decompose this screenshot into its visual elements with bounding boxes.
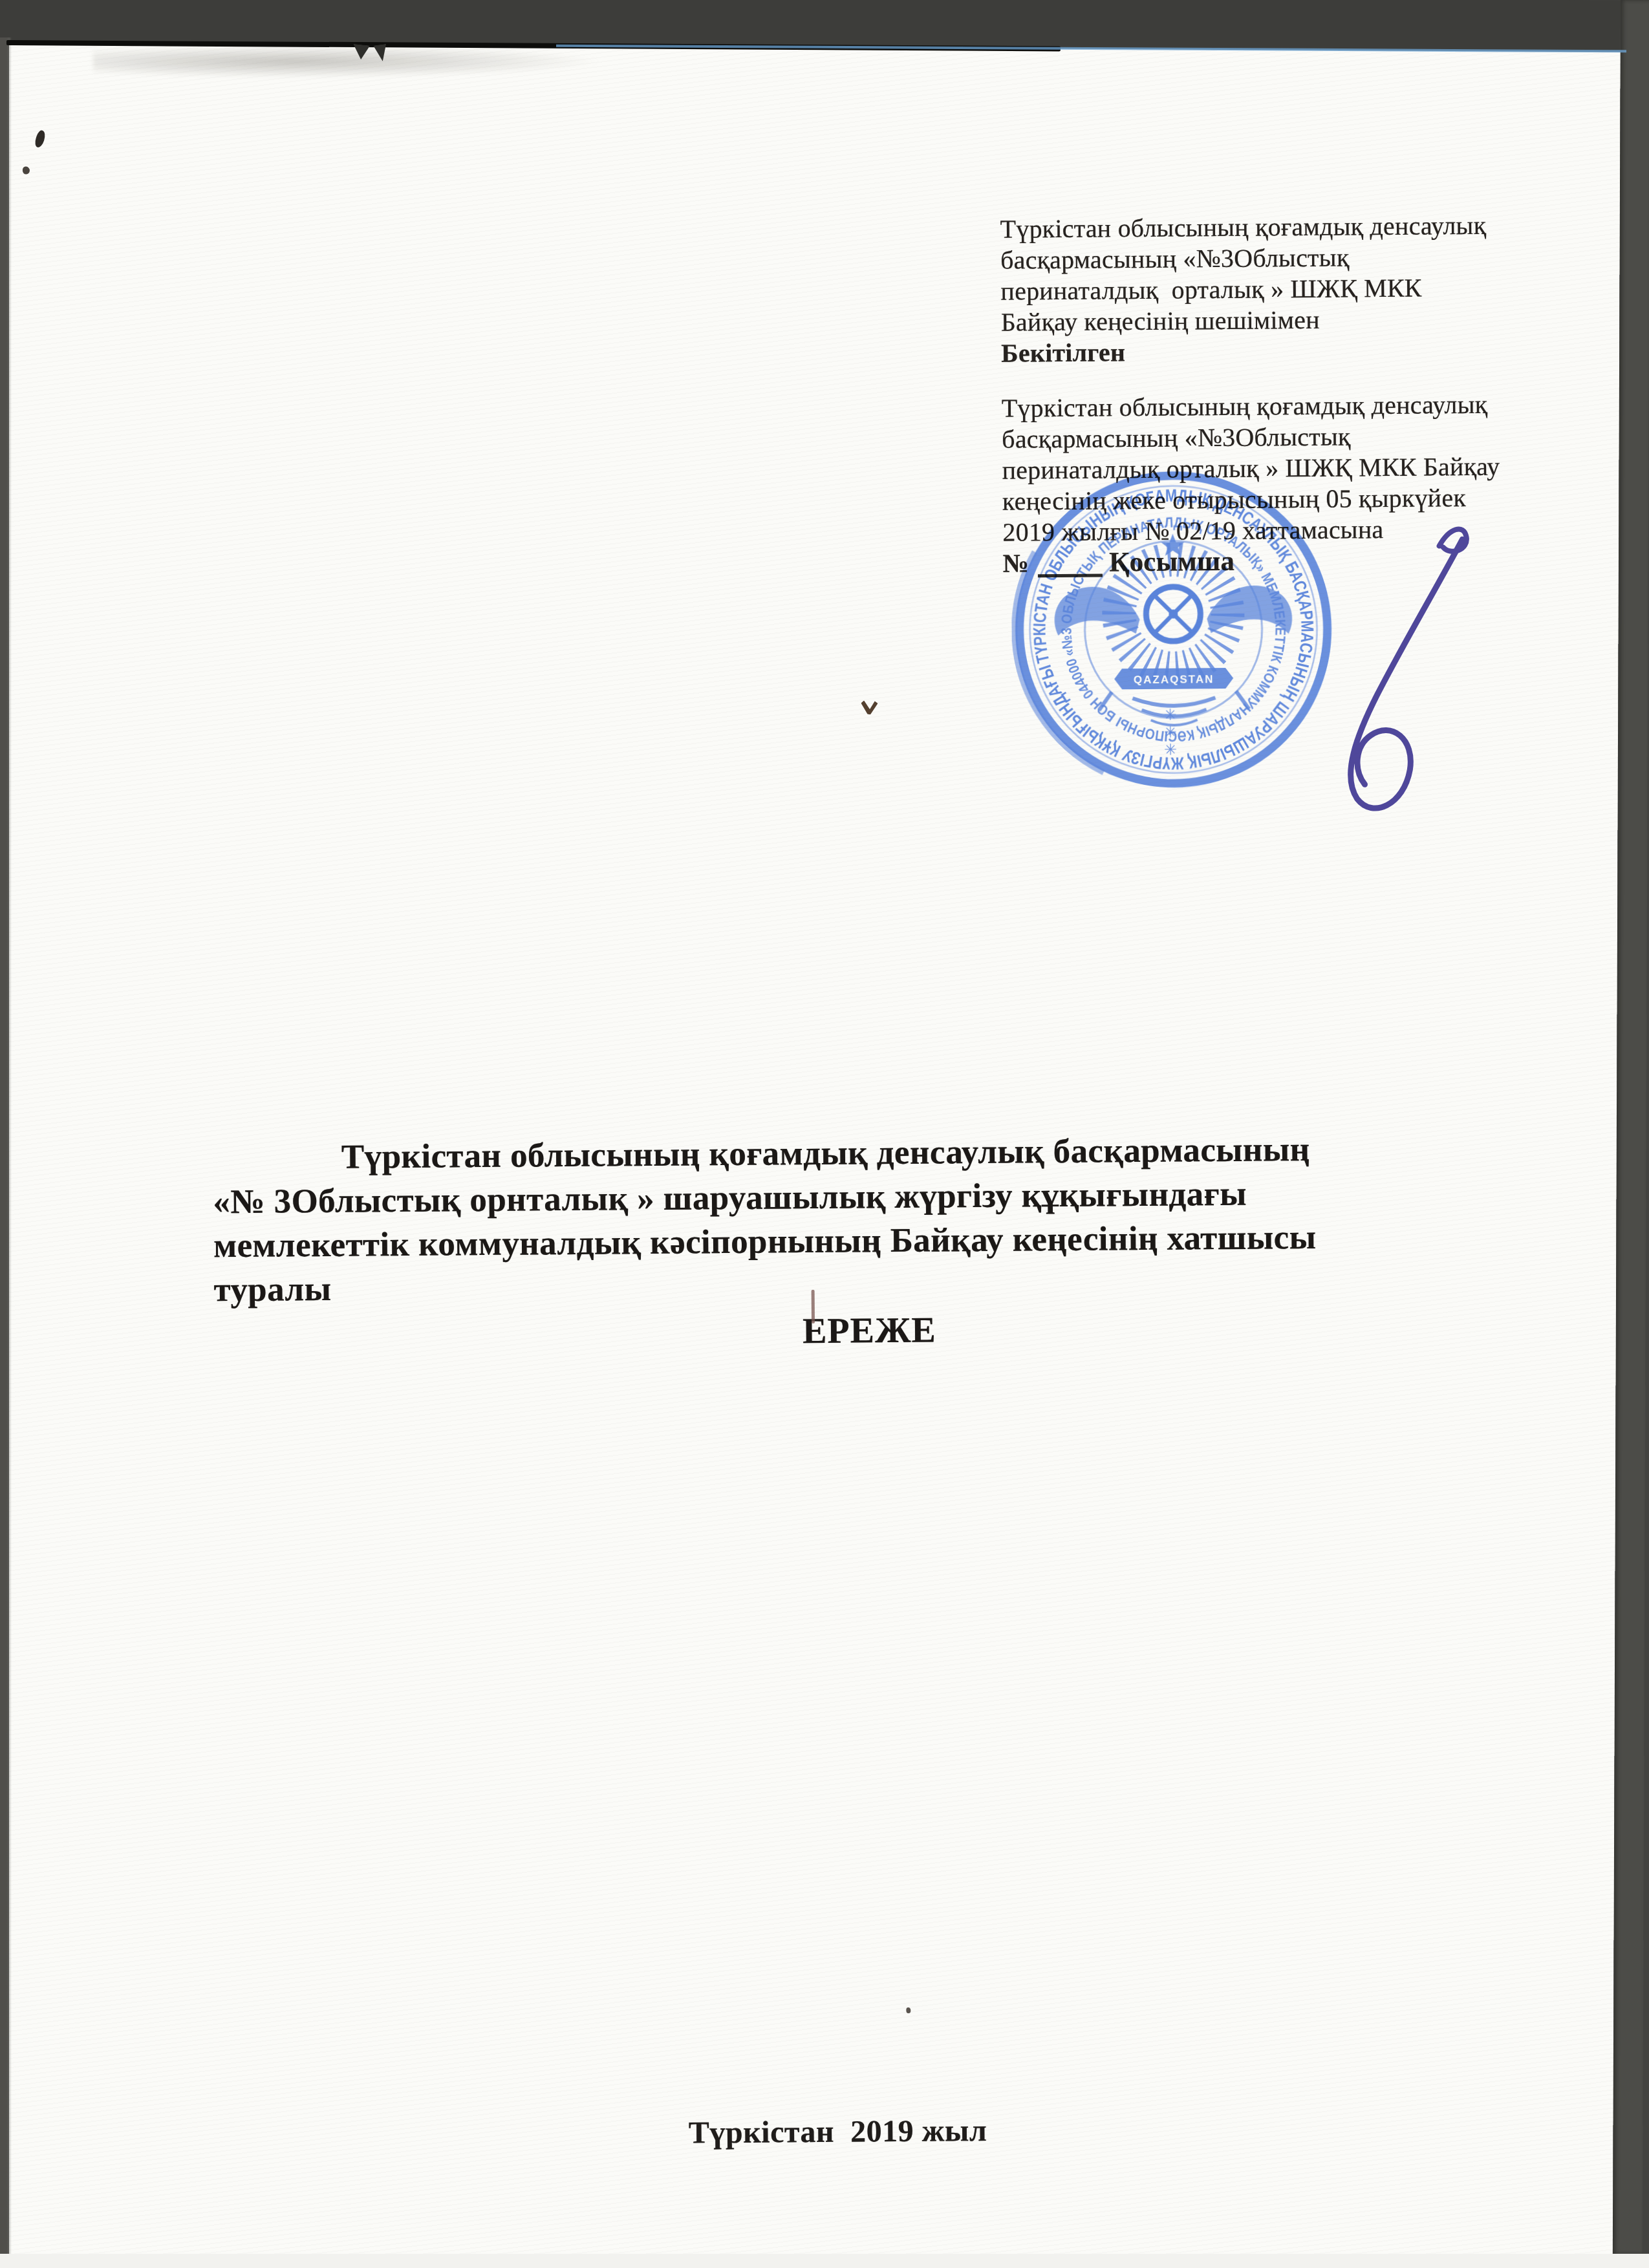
scan-speck [906,2007,911,2013]
svg-text:✳: ✳ [1163,707,1176,724]
approval-line: Байқау кеңесінің шешімімен [1001,303,1557,338]
document-page: Түркістан облысының қоғамдық денсаулық б… [9,43,1622,2254]
scan-speck [861,700,878,714]
scanner-bottom-overscan [0,2254,1649,2268]
approval-line: Түркістан облысының қоғамдық денсаулық [1000,209,1557,245]
approval-block: Түркістан облысының қоғамдық денсаулық б… [1000,209,1558,369]
approval-line: перинаталдық орталық » ШЖҚ МКК [1000,272,1557,307]
emblem-banner-text: QAZAQSTAN [1134,673,1214,686]
protocol-line: Түркістан облысының қоғамдық денсаулық [1002,389,1558,424]
approval-line: басқармасының «№3Облыстық [1000,241,1557,276]
document-heading: ЕРЕЖЕ [803,1310,936,1353]
signature-ink [1269,500,1518,838]
signature-main-stroke [1349,539,1465,808]
protocol-line: басқармасының «№3Облыстық [1002,420,1558,455]
page-content: Түркістан облысының қоғамдық денсаулық б… [9,43,1622,2254]
approved-label: Бекітілген [1001,334,1557,369]
svg-text:✳: ✳ [1164,724,1177,742]
footer-place-year: Түркістан 2019 жыл [689,2113,987,2151]
scan-speck [23,167,30,175]
scan-speck [34,129,47,149]
document-title-block: Түркістан облысының қоғамдық денсаулық б… [213,1126,1540,1312]
svg-text:✳: ✳ [1164,742,1177,759]
seal-asterisks: ✳ ✳ ✳ [1163,707,1177,759]
scan-speck [812,1290,815,1323]
scanned-document-screenshot: { "page": { "approval_block": { "lines":… [0,0,1649,2268]
scanner-left-band [0,37,12,2255]
